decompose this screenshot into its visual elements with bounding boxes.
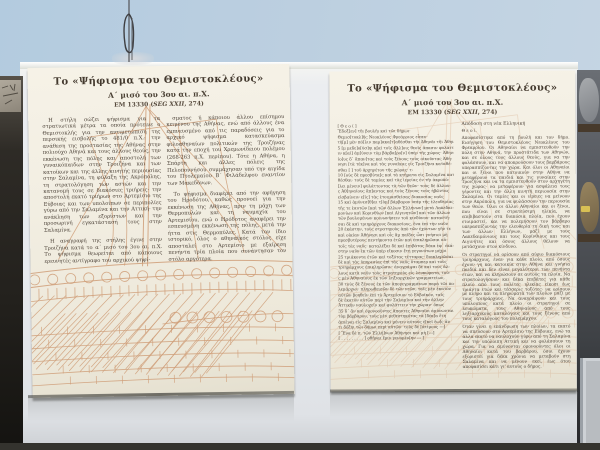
hanging-wire bbox=[108, 0, 158, 70]
panel-catalog-number: ΕΜ 13330 (SEG XXII, 274) bbox=[28, 99, 290, 110]
panel-text-column-1: Η στήλη σώζει ψήφισμα για τα στρατιωτικά… bbox=[42, 116, 162, 270]
translation-body: Αποφασίστηκε από τη βουλή και τον δήμο. … bbox=[462, 136, 571, 370]
shelf-edge bbox=[578, 234, 600, 242]
translation-header: Απόδοση στη νέα Ελληνική bbox=[462, 122, 570, 127]
floor-strip bbox=[0, 443, 600, 450]
modern-greek-translation-column: Απόδοση στη νέα Ελληνική Θ ε ο ί. Αποφασ… bbox=[462, 122, 571, 373]
artifact-label bbox=[581, 206, 590, 212]
stone-artifact bbox=[579, 78, 599, 122]
panel-title: Το «Ψήφισμα του Θεμιστοκλέους» bbox=[28, 73, 290, 88]
chalk-marks bbox=[0, 80, 21, 112]
translation-invocation: Θ ε ο ί. bbox=[462, 129, 570, 134]
chalk-marked-stone bbox=[0, 80, 21, 112]
panel-text-column-2: σματος ή κάποιου άλλου επίσημου κειμένου… bbox=[166, 114, 286, 268]
right-info-panel: Το «Ψήφισμα του Θεμιστοκλέους» Α΄ μισό τ… bbox=[329, 70, 576, 391]
shelf-edge bbox=[578, 124, 600, 132]
museum-photo: Το «Ψήφισμα του Θεμιστοκλέους» Α΄ μισό τ… bbox=[0, 0, 600, 450]
ancient-inscription-column: [ Θ ε ο ί ]Ἔδοξ[εν] τῆι βουλῆι καὶ τῶι δ… bbox=[338, 123, 455, 341]
left-shadow-area bbox=[0, 76, 23, 450]
panel-catalog-number: ΕΜ 13330 (SEG XXII, 274) bbox=[329, 108, 575, 116]
panel-title: Το «Ψήφισμα του Θεμιστοκλέους» bbox=[329, 82, 575, 94]
soft-shadow bbox=[28, 396, 294, 422]
soft-shadow bbox=[330, 392, 578, 418]
picture-frame bbox=[580, 358, 600, 446]
left-info-panel: Το «Ψήφισμα του Θεμιστοκλέους» Α΄ μισό τ… bbox=[27, 64, 294, 398]
panel-subtitle: Α΄ μισό του 3ου αι. π.Χ. bbox=[329, 97, 575, 107]
